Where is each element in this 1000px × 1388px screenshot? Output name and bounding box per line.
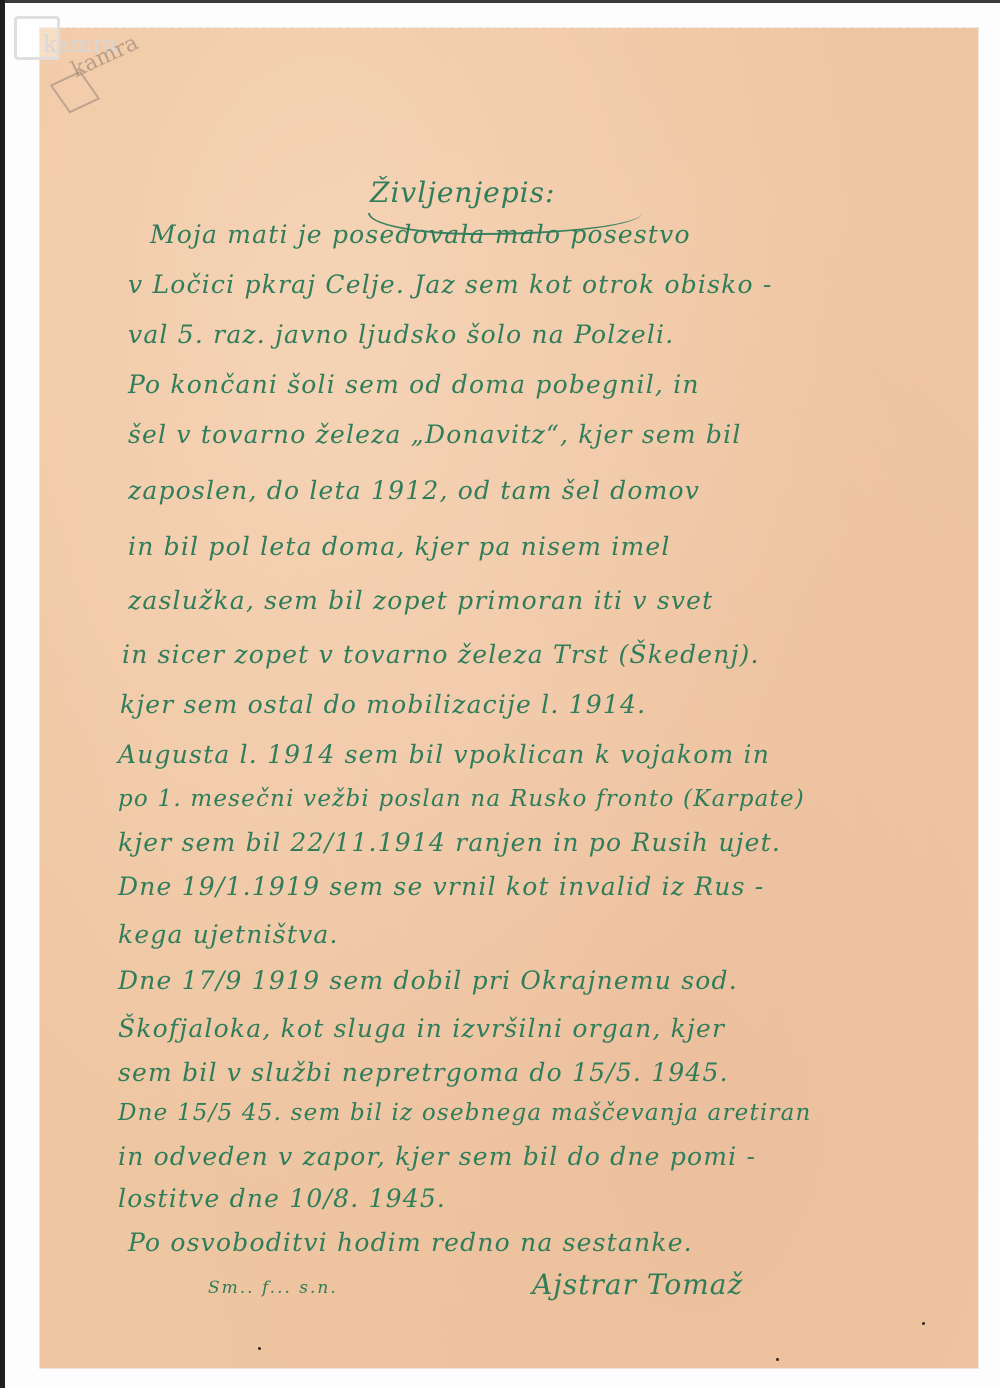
scan-top-edge	[0, 0, 1000, 3]
text-line: val 5. raz. javno ljudsko šolo na Polzel…	[128, 320, 674, 349]
text-line: po 1. mesečni vežbi poslan na Rusko fron…	[118, 786, 805, 812]
text-line: zaposlen, do leta 1912, od tam šel domov	[128, 476, 700, 505]
kamra-watermark: kamra kamra	[8, 10, 148, 120]
text-line: Dne 15/5 45. sem bil iz osebnega maščeva…	[118, 1100, 812, 1126]
scan-frame: Življenjepis: Moja mati je posedovala ma…	[0, 0, 1000, 1388]
text-line: in sicer zopet v tovarno železa Trst (Šk…	[122, 640, 760, 669]
document-title: Življenjepis:	[370, 176, 555, 209]
text-line: kega ujetništva.	[118, 920, 339, 949]
text-line: in bil pol leta doma, kjer pa nisem imel	[128, 532, 671, 561]
text-line: Po osvoboditvi hodim redno na sestanke.	[128, 1228, 693, 1257]
closing-abbreviation: Sm.. f... s.n.	[208, 1278, 338, 1298]
text-line: zaslužka, sem bil zopet primoran iti v s…	[128, 586, 713, 615]
paper-speck	[776, 1358, 779, 1361]
text-line: Dne 17/9 1919 sem dobil pri Okrajnemu so…	[118, 966, 738, 995]
text-line: Škofjaloka, kot sluga in izvršilni organ…	[118, 1014, 725, 1043]
text-line: Moja mati je posedovala malo posestvo	[150, 220, 691, 249]
text-line: Dne 19/1.1919 sem se vrnil kot invalid i…	[118, 872, 764, 901]
text-line: v Ločici pkraj Celje. Jaz sem kot otrok …	[128, 270, 773, 299]
text-line: kjer sem bil 22/11.1914 ranjen in po Rus…	[118, 828, 781, 857]
text-line: in odveden v zapor, kjer sem bil do dne …	[118, 1142, 756, 1171]
perforated-edge	[40, 25, 978, 31]
text-line: kjer sem ostal do mobilizacije l. 1914.	[120, 690, 646, 719]
paper-speck	[258, 1347, 261, 1350]
text-line: Po končani šoli sem od doma pobegnil, in	[128, 370, 700, 399]
text-line: šel v tovarno železa „Donavitz“, kjer se…	[128, 420, 742, 449]
text-line: sem bil v službi nepretrgoma do 15/5. 19…	[118, 1058, 729, 1087]
signature: Ajstrar Tomaž	[532, 1268, 743, 1301]
text-line: lostitve dne 10/8. 1945.	[118, 1184, 446, 1213]
scan-left-edge	[0, 0, 5, 1388]
paper-speck	[922, 1322, 925, 1325]
text-line: Augusta l. 1914 sem bil vpoklican k voja…	[118, 740, 770, 769]
handwritten-page: Življenjepis: Moja mati je posedovala ma…	[40, 28, 978, 1368]
